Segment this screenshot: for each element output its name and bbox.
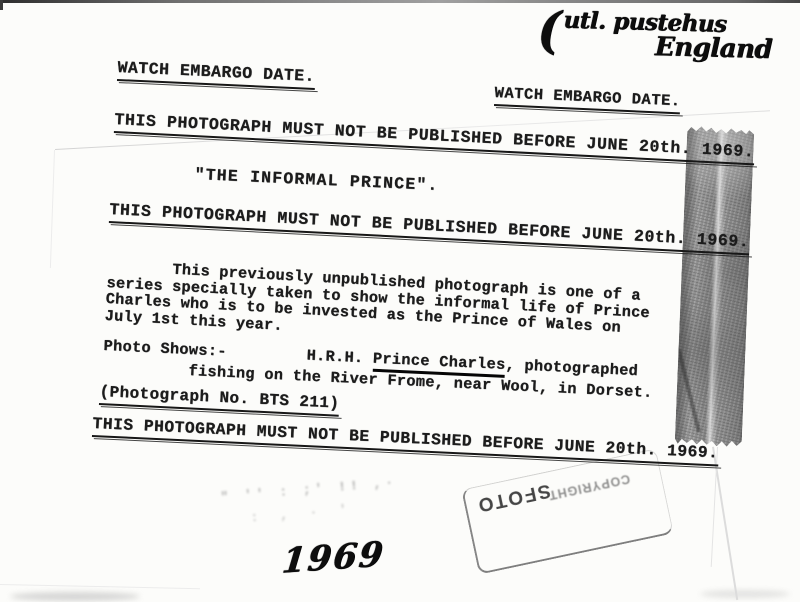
watch-embargo-header-left: WATCH EMBARGO DATE. (117, 58, 315, 89)
embargo-notice-text: THIS PHOTOGRAPH MUST NOT BE PUBLISHED BE… (92, 414, 719, 466)
scan-smudge (10, 592, 140, 601)
tape-streak (677, 349, 701, 433)
illegible-marks-row: : , · ' (250, 497, 400, 525)
embargo-notice-text: THIS PHOTOGRAPH MUST NOT BE PUBLISHED BE… (114, 110, 755, 165)
scan-corner-mark (0, 0, 3, 10)
embargo-notice-2: THIS PHOTOGRAPH MUST NOT BE PUBLISHED BE… (109, 200, 750, 255)
sheet-edge (50, 150, 55, 268)
stamp-foto-text: SFOTO (474, 478, 552, 515)
sheet-edge (0, 584, 200, 589)
caption-paragraph: This previously unpublished photograph i… (104, 258, 651, 354)
photo-number: (Photograph No. BTS 211) (99, 383, 340, 416)
handwritten-paren: ( (537, 0, 562, 60)
watch-embargo-text: WATCH EMBARGO DATE. (494, 84, 681, 114)
stamp-copyright-text: COPYRIGHT (547, 471, 631, 502)
handwritten-note-line2: England (654, 32, 772, 65)
embargo-notice-3: THIS PHOTOGRAPH MUST NOT BE PUBLISHED BE… (92, 414, 719, 466)
tab-gap (227, 356, 307, 360)
photo-number-text: (Photograph No. BTS 211) (99, 383, 340, 416)
embargo-notice-text: THIS PHOTOGRAPH MUST NOT BE PUBLISHED BE… (109, 200, 750, 255)
photo-subject-pre: H.R.H. (306, 347, 373, 368)
copyright-stamp: SFOTO COPYRIGHT (461, 448, 674, 574)
photo-shows-label: Photo Shows:- (103, 337, 227, 361)
handwritten-year: 1969 (280, 534, 387, 582)
illegible-stamp-marks: " '' : ;' !! ,· : , · ' (220, 475, 400, 528)
watch-embargo-text: WATCH EMBARGO DATE. (117, 58, 315, 89)
photo-title: "THE INFORMAL PRINCE". (194, 165, 439, 195)
scan-smudge (700, 590, 790, 598)
tape-strip (675, 126, 755, 447)
scan-top-edge (0, 0, 800, 3)
watch-embargo-header-right: WATCH EMBARGO DATE. (494, 84, 681, 114)
scanned-press-caption: ( utl. pustehus England WATCH EMBARGO DA… (0, 0, 800, 602)
photo-subject-post: , photographed (505, 356, 638, 380)
embargo-notice-1: THIS PHOTOGRAPH MUST NOT BE PUBLISHED BE… (114, 110, 755, 165)
